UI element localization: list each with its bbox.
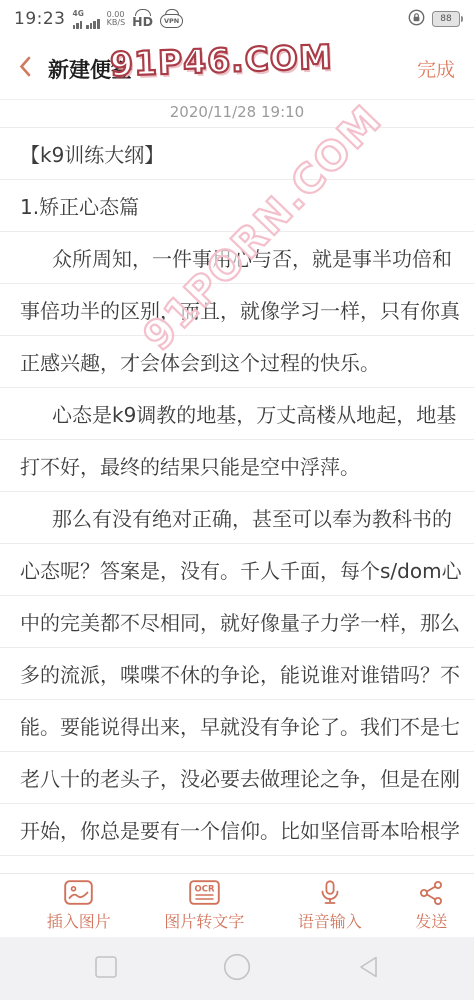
toolbar-label: 发送 <box>415 909 447 932</box>
note-text-line[interactable]: 【k9训练大纲】 <box>20 128 454 180</box>
battery-indicator: 88 <box>432 11 460 27</box>
battery-level: 88 <box>440 14 451 24</box>
note-text-line[interactable]: 能。要能说得出来，早就没有争论了。我们不是七 <box>20 700 454 752</box>
send-button[interactable]: 发送 <box>415 879 447 932</box>
toolbar-label: 插入图片 <box>47 909 111 932</box>
share-icon <box>418 879 444 906</box>
image-to-text-button[interactable]: OCR 图片转文字 <box>164 879 244 932</box>
page-title: 新建便签 <box>48 54 132 84</box>
note-text-line[interactable]: 打不好，最终的结果只能是空中浮萍。 <box>20 440 454 492</box>
note-text-line[interactable]: 开始，你总是要有一个信仰。比如坚信哥本哈根学 <box>20 804 454 856</box>
ocr-icon: OCR <box>189 879 220 906</box>
circle-icon <box>223 953 251 985</box>
microphone-icon <box>318 879 342 906</box>
note-text-line[interactable]: 那么有没有绝对正确，甚至可以奉为教科书的 <box>20 492 454 544</box>
network-speed: 0.00 KB/S <box>107 11 126 28</box>
image-icon <box>64 879 93 906</box>
volte-hd-icon: HD <box>132 14 153 29</box>
back-button[interactable] <box>17 52 33 85</box>
square-icon <box>94 955 118 983</box>
clock-time: 19:23 <box>14 9 66 29</box>
editor-toolbar: 插入图片 OCR 图片转文字 语音 <box>0 873 474 937</box>
nav-home-button[interactable] <box>223 953 251 985</box>
note-editor[interactable]: 2020/11/28 19:10 【k9训练大纲】 1.矫正心态篇 众所周知，一… <box>0 100 474 873</box>
ocr-icon-text: OCR <box>194 885 214 895</box>
toolbar-label: 图片转文字 <box>164 909 244 932</box>
insert-image-button[interactable]: 插入图片 <box>47 879 111 932</box>
note-text-line[interactable]: 中的完美都不尽相同，就好像量子力学一样，那么 <box>20 596 454 648</box>
note-text-line[interactable]: 心态呢？答案是，没有。千人千面，每个s/dom心 <box>20 544 454 596</box>
voice-input-button[interactable]: 语音输入 <box>298 879 362 932</box>
network-speed-unit: KB/S <box>107 19 126 28</box>
note-text-line[interactable]: 众所周知，一件事用心与否，就是事半功倍和 <box>20 232 454 284</box>
network-type-label: 4G <box>73 9 84 18</box>
toolbar-label: 语音输入 <box>298 909 362 932</box>
note-text-line[interactable]: 老八十的老头子，没必要去做理论之争，但是在刚 <box>20 752 454 804</box>
note-text-line[interactable]: 1.矫正心态篇 <box>20 180 454 232</box>
cell-signal-icon: 4G <box>73 9 100 29</box>
note-text-line[interactable]: 多的流派，喋喋不休的争论，能说谁对谁错吗？不 <box>20 648 454 700</box>
chevron-left-icon <box>19 56 31 81</box>
status-bar: 19:23 4G 0.00 KB/S HD VPN <box>0 0 474 38</box>
triangle-icon <box>356 954 380 984</box>
signal-bars-sim2-icon <box>86 19 99 29</box>
app-screen: 19:23 4G 0.00 KB/S HD VPN <box>0 0 474 1000</box>
vpn-icon: VPN <box>160 14 183 28</box>
signal-bars-sim1-icon <box>73 21 83 29</box>
header: 新建便签 完成 <box>0 38 474 100</box>
note-text-line[interactable]: 心态是k9调教的地基，万丈高楼从地起，地基 <box>20 388 454 440</box>
nav-recents-button[interactable] <box>94 955 118 983</box>
note-text-line[interactable]: 事倍功半的区别，而且，就像学习一样，只有你真 <box>20 284 454 336</box>
note-text-line[interactable]: 正感兴趣，才会体会到这个过程的快乐。 <box>20 336 454 388</box>
done-button[interactable]: 完成 <box>415 51 457 86</box>
note-timestamp: 2020/11/28 19:10 <box>20 100 454 128</box>
rotation-lock-icon <box>408 9 425 30</box>
android-nav-bar <box>0 937 474 1000</box>
nav-back-button[interactable] <box>356 954 380 984</box>
